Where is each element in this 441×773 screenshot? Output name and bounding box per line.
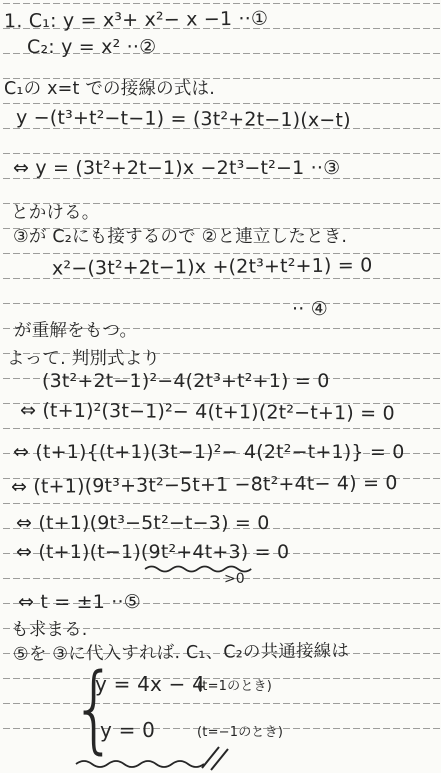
line-factor-step4: ⇔ (t+1)(9t³−5t²−t−3) = 0 [16, 513, 270, 535]
tangent-1-condition: (t=1のとき) [197, 680, 272, 695]
line-t-solution: ⇔ t = ±1 ··⑤ [18, 592, 141, 614]
line-tokakeru: とかける。 [11, 203, 100, 223]
factored-prefix: ⇔ (t+1)(t−1)( [16, 541, 149, 563]
line-repeated-root: が重解をもつ。 [14, 321, 137, 341]
line-discriminant-equation: (3t²+2t−1)²−4(2t³+t²+1) = 0 [42, 371, 330, 393]
line-tangent-intro: C₁の x=t での接線の式は. [4, 79, 215, 99]
line-eq3: ⇔ y = (3t²+2t−1)x −2t³−t²−1 ··③ [13, 158, 340, 180]
tangent-line-2: y = 0 [100, 719, 155, 742]
line-motomaru: も求まる. [11, 620, 88, 640]
notebook-page: 1. C₁: y = x³+ x²− x −1 ··① C₂: y = x² ·… [0, 0, 441, 773]
wavy-underline-group: 9t²+4t+3 [149, 542, 241, 564]
line-substitute: ⑤を ③に代入すれば. C₁、C₂の共通接線は [13, 641, 349, 665]
ref-eq4-label: ·· ④ [292, 299, 328, 321]
line-factor-step2: ⇔ (t+1){(t+1)(3t−1)²− 4(2t²−t+1)} = 0 [13, 442, 405, 464]
line-c1-definition: 1. C₁: y = x³+ x²− x −1 ··① [4, 9, 268, 34]
factored-suffix: ) = 0 [241, 541, 290, 563]
line-c2-definition: C₂: y = x² ··② [27, 37, 156, 59]
positive-annotation: >0 [224, 571, 245, 587]
tangent-line-1: y = 4x − 4 [95, 673, 205, 696]
end-wavy-line [74, 744, 236, 772]
factored-emphasized: 9t²+4t+3 [149, 541, 241, 563]
line-tangency-condition: ③が C₂にも接するので ②と連立したとき. [13, 227, 347, 247]
line-discriminant-intro: よって. 判別式より [7, 349, 160, 369]
line-factor-step1: ⇔ (t+1)²(3t−1)²− 4(t+1)(2t²−t+1) = 0 [20, 400, 395, 425]
line-eq4: x²−(3t²+2t−1)x +(2t³+t²+1) = 0 [52, 255, 373, 280]
line-factored-final: ⇔ (t+1)(t−1)(9t²+4t+3 ) = 0 [16, 542, 289, 564]
line-tangent-equation: y −(t³+t²−t−1) = (3t²+2t−1)(x−t) [16, 108, 351, 133]
tangent-2-condition: (t=−1のとき) [197, 726, 283, 741]
line-factor-step3: ⇔ (t+1)(9t³+3t²−5t+1 −8t²+4t− 4) = 0 [11, 473, 398, 499]
